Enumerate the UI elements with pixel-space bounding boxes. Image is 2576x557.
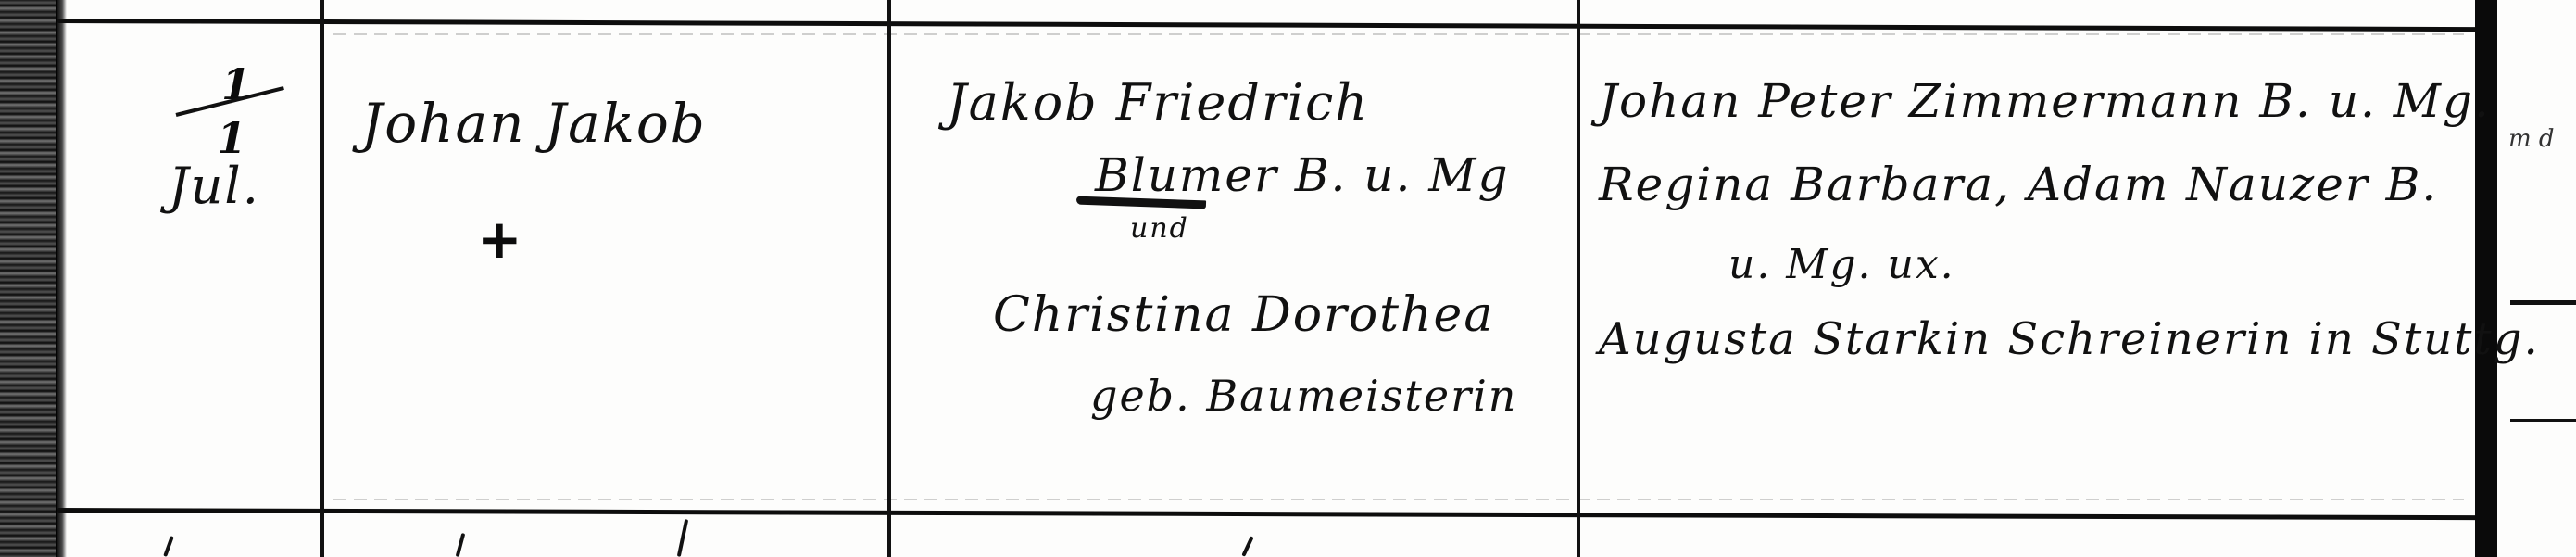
book-binding (0, 0, 57, 557)
next-page-rule (2510, 300, 2576, 305)
parents-cell: Jakob Friedrich Blumer B. u. Mg und Chri… (891, 22, 1577, 508)
next-page-fragment: m d (2508, 125, 2555, 153)
godparent-line-1: Johan Peter Zimmermann B. u. Mg. (1599, 78, 2491, 124)
death-cross-icon: + (477, 208, 522, 271)
next-page-margin: m d (2501, 0, 2576, 557)
next-row-stroke (1241, 536, 1253, 557)
father-name: Jakob Friedrich (947, 78, 1369, 128)
register-page: 1 1 Jul. Johan Jakob + Jakob Friedrich B… (0, 0, 2576, 557)
child-cell: Johan Jakob + (324, 22, 887, 508)
date-denominator: 1 (217, 113, 246, 163)
next-row-stroke (677, 519, 688, 557)
parents-conjunction: und (1130, 215, 1189, 243)
godparent-line-4: Augusta Starkin Schreinerin in Stuttg. (1599, 317, 2540, 361)
godparents-cell: Johan Peter Zimmermann B. u. Mg. Regina … (1580, 22, 2475, 508)
bottom-row-rule (57, 508, 2494, 520)
mother-name: Christina Dorothea (993, 291, 1494, 339)
father-surname-status: Blumer B. u. Mg (1095, 152, 1509, 198)
godparent-line-3: u. Mg. ux. (1728, 245, 1955, 285)
child-name: Johan Jakob (361, 96, 707, 150)
date-month: Jul. (169, 161, 260, 211)
mother-maiden-name: geb. Baumeisterin (1090, 374, 1517, 417)
next-row-stroke (163, 536, 174, 557)
date-cell: 1 1 Jul. (59, 22, 320, 508)
date-day-fraction: 1 1 (170, 59, 300, 161)
godparent-line-2: Regina Barbara, Adam Nauzer B. (1599, 161, 2438, 208)
next-page-rule-lower (2510, 419, 2576, 422)
next-row-stroke (456, 533, 466, 557)
